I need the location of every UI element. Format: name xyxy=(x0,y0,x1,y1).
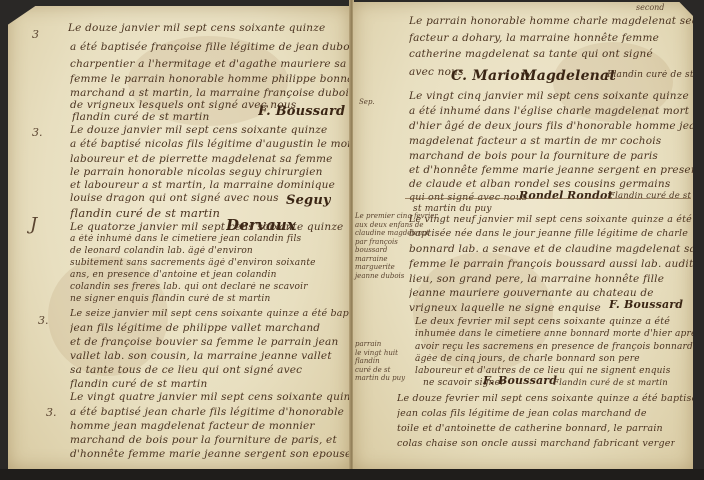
record-line: ne signer enquis flandin curé de st mart… xyxy=(70,294,271,304)
record-line: lieu, son grand pere, la marraine honnêt… xyxy=(409,273,664,285)
record-line: a été baptisé nicolas fils légitime d'au… xyxy=(70,138,350,150)
margin-note-line: flandin xyxy=(355,357,405,366)
record-line: baptisée née dans le jour jeanne fille l… xyxy=(409,228,688,239)
scan-background xyxy=(0,469,704,480)
record-line: marchand a st martin, la marraine franço… xyxy=(70,87,350,99)
record-line: catherine magdelenat sa tante qui ont si… xyxy=(409,48,653,60)
record-line: a été inhumé dans le cimetiere jean cola… xyxy=(70,234,301,244)
margin-mark: J xyxy=(30,214,37,235)
signature: C. Marion xyxy=(451,68,530,84)
record-line: avoir reçu les sacremens en presence de … xyxy=(415,342,693,352)
record-line: ans, en presence d'antoine et jean colan… xyxy=(70,270,277,280)
divider-rule xyxy=(405,198,691,199)
record-line: subitement sans sacrements âgé d'environ… xyxy=(70,258,316,268)
margin-note: Sep. xyxy=(359,98,375,107)
record-line: laboureur et de pierrette magdelenat sa … xyxy=(70,153,333,165)
signature: Flandin curé de st martin xyxy=(607,70,693,80)
margin-mark: 3. xyxy=(32,126,43,139)
signature: Rondot xyxy=(567,189,613,202)
record-line: homme jean magdelenat facteur de monnier xyxy=(70,420,315,432)
record-line: Le seize janvier mil sept cens soixante … xyxy=(70,308,350,319)
record-line: Le douze janvier mil sept cens soixante … xyxy=(70,124,327,136)
record-line: et de françoise bouvier sa femme le parr… xyxy=(70,336,338,348)
record-line: femme le parrain honorable homme philipp… xyxy=(70,73,350,85)
record-line: marchand de bois pour la fourniture de p… xyxy=(70,434,337,446)
margin-note-line: curé de st xyxy=(355,366,405,375)
record-line: Le douze janvier mil sept cens soixante … xyxy=(68,22,325,34)
corner-note: second xyxy=(636,4,664,13)
record-line: a été inhumé dans l'église charle magdel… xyxy=(409,105,689,117)
record-line: colandin ses freres lab. qui ont declaré… xyxy=(70,282,308,292)
record-line: bonnard lab. a senave et de claudine mag… xyxy=(409,243,693,255)
record-line: Le quatorze janvier mil sept cens soixan… xyxy=(70,221,343,233)
record-line: Le parrain honorable homme charle magdel… xyxy=(409,15,693,27)
record-line: d'honnête femme marie jeanne sergent son… xyxy=(70,448,350,460)
signature: Rondel xyxy=(519,189,564,202)
signature: F. Boussard xyxy=(609,298,683,311)
record-line: jean colas fils légitime de jean colas m… xyxy=(397,408,647,419)
record-line: le parrain honorable nicolas seguy chiru… xyxy=(70,166,323,178)
record-line: et d'honnête femme marie jeanne sergent … xyxy=(409,164,693,176)
record-line: de leonard colandin lab. âgé d'environ xyxy=(70,246,253,256)
margin-note-block: parrain le vingt huit flandin curé de st… xyxy=(355,340,405,383)
right-page: second Le parrain honorable homme charle… xyxy=(353,2,693,470)
record-line: toile et d'antoinette de catherine bonna… xyxy=(397,423,663,434)
record-line: Le vingt quatre janvier mil sept cens so… xyxy=(70,391,350,403)
record-line: facteur a dohary, la marraine honnête fe… xyxy=(409,32,659,44)
record-line: d'hier âgé de deux jours fils d'honorabl… xyxy=(409,120,693,132)
record-line: vallet lab. son cousin, la marraine jean… xyxy=(70,350,332,362)
record-line: flandin curé de st martin xyxy=(70,206,220,220)
record-line: Le vingt cinq janvier mil sept cens soix… xyxy=(409,90,689,102)
record-line: colas chaise son oncle aussi marchand fa… xyxy=(397,438,675,449)
record-line: et laboureur a st martin, la marraine do… xyxy=(70,179,335,191)
record-line: flandin curé de st martin xyxy=(72,111,209,123)
margin-note-line: parrain xyxy=(355,340,405,349)
record-line: jean fils légitime de philippe vallet ma… xyxy=(70,322,320,334)
record-line: a été baptisé jean charle fils légitime … xyxy=(70,406,344,418)
record-line: inhumée dans le cimetiere anne bonnard m… xyxy=(415,329,693,339)
record-line: charpentier a l'hermitage et d'agathe ma… xyxy=(70,58,346,70)
record-line: flandin curé de st martin xyxy=(70,378,207,390)
signature: F. Boussard xyxy=(258,104,345,119)
left-page: 3 3. J 3. 3. Le douze janvier mil sept c… xyxy=(8,6,350,472)
record-line: femme le parrain françois boussard aussi… xyxy=(409,258,693,270)
record-line: Le vingt neuf janvier mil sept cens soix… xyxy=(409,214,692,225)
signature: Seguy xyxy=(286,193,331,208)
signature: Flandin curé de st martin xyxy=(553,378,668,388)
record-line: Le douze fevrier mil sept cens soixante … xyxy=(397,393,693,404)
record-line: vrigneux laquelle ne signe enquise xyxy=(409,302,601,314)
signature: F. Boussard xyxy=(483,374,557,387)
margin-mark: 3 xyxy=(32,28,39,41)
margin-note-line: martin du puy xyxy=(355,374,405,383)
record-line: âgée de cinq jours, de charle bonnard so… xyxy=(415,354,640,364)
record-line: a été baptisée françoise fille légitime … xyxy=(70,41,350,53)
record-line: magdelenat facteur a st martin de mr coc… xyxy=(409,135,661,147)
signature: Flandin curé de st martin xyxy=(609,191,693,201)
record-line: sa tante tous de ce lieu qui ont signé a… xyxy=(70,364,302,376)
margin-note-line: le vingt huit xyxy=(355,349,405,358)
margin-mark: 3. xyxy=(46,406,57,419)
record-line: louise dragon qui ont signé avec nous xyxy=(70,192,279,204)
record-line: Le deux fevrier mil sept cens soixante q… xyxy=(415,316,670,327)
margin-mark: 3. xyxy=(38,314,49,327)
signature: Magdelenat xyxy=(521,68,616,84)
record-line: marchand de bois pour la fourniture de p… xyxy=(409,150,658,162)
